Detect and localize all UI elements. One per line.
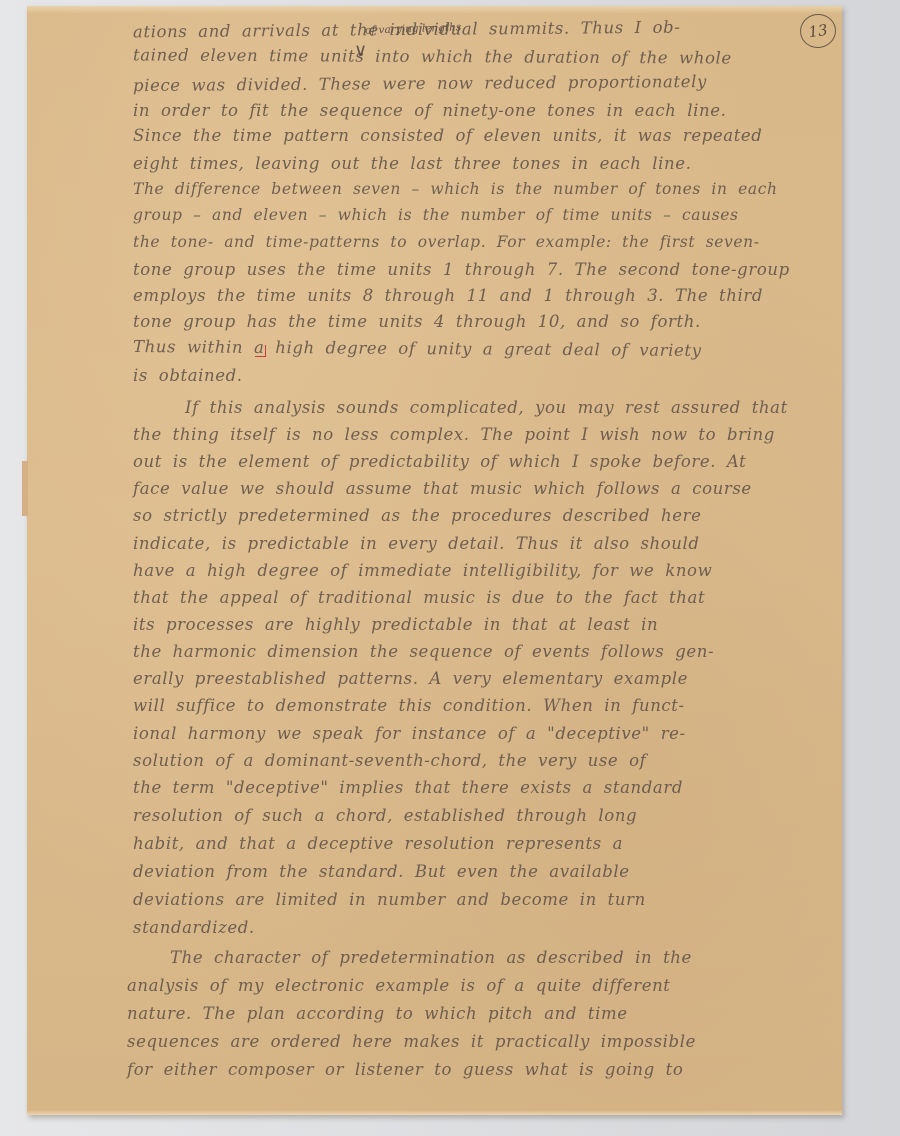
text-line-36: analysis of my electronic example is of … [127,976,671,995]
text-line-22: that the appeal of traditional music is … [133,588,705,607]
text-line-2: tained eleven time units into which the … [133,45,732,67]
text-line-6: eight times, leaving out the last three … [133,154,692,173]
torn-top-edge [27,6,842,14]
text-line-17: out is the element of predictability of … [133,452,746,471]
text-line-11: employs the time units 8 through 11 and … [133,286,763,305]
page-bottom-edge [27,1110,842,1115]
text-line-32: deviation from the standard. But even th… [133,862,630,881]
text-line-15: If this analysis sounds complicated, you… [185,398,788,417]
text-line-16: the thing itself is no less complex. The… [133,425,775,444]
text-line-1: ations and arrivals at the individual su… [133,18,681,42]
text-line-35: The character of predetermination as des… [170,948,692,967]
page-edge-tab [22,461,28,516]
text-line-31: habit, and that a deceptive resolution r… [133,834,623,853]
text-line-5: Since the time pattern consisted of elev… [133,126,762,145]
text-line-13: Thus within a high degree of unity a gre… [133,337,702,360]
text-line-9: the tone- and time-patterns to overlap. … [133,233,760,251]
text-line-33: deviations are limited in number and bec… [133,890,646,909]
text-line-30: resolution of such a chord, established … [133,806,637,825]
circled-page-number: 13 [798,12,838,51]
text-line-24: the harmonic dimension the sequence of e… [133,642,714,661]
text-line-39: for either composer or listener to guess… [127,1060,683,1079]
text-line-4: in order to fit the sequence of ninety-o… [133,101,726,120]
text-line-29: the term "deceptive" implies that there … [133,778,683,797]
text-line-34: standardized. [133,918,255,937]
text-line-37: nature. The plan according to which pitc… [127,1004,628,1023]
text-line-19: so strictly predetermined as the procedu… [133,506,702,525]
text-line-27: ional harmony we speak for instance of a… [133,724,686,743]
text-line-28: solution of a dominant-seventh-chord, th… [133,751,646,770]
text-line-23: its processes are highly predictable in … [133,615,658,634]
text-line-25: erally preestablished patterns. A very e… [133,669,688,688]
text-line-14: is obtained. [133,366,243,385]
text-line-10: tone group uses the time units 1 through… [133,260,790,279]
text-line-12: tone group has the time units 4 through … [133,312,701,331]
text-line-18: face value we should assume that music w… [133,479,752,498]
text-line-21: have a high degree of immediate intellig… [133,561,712,580]
manuscript-page: 13 of varying lengths ∨ ations and arriv… [27,6,842,1115]
text-line-26: will suffice to demonstrate this conditi… [133,696,685,715]
text-line-8: group – and eleven – which is the number… [133,206,739,224]
text-line-3: piece was divided. These were now reduce… [133,72,707,95]
text-line-7: The difference between seven – which is … [133,180,778,198]
text-line-20: indicate, is predictable in every detail… [133,534,700,553]
text-line-38: sequences are ordered here makes it prac… [127,1032,696,1051]
